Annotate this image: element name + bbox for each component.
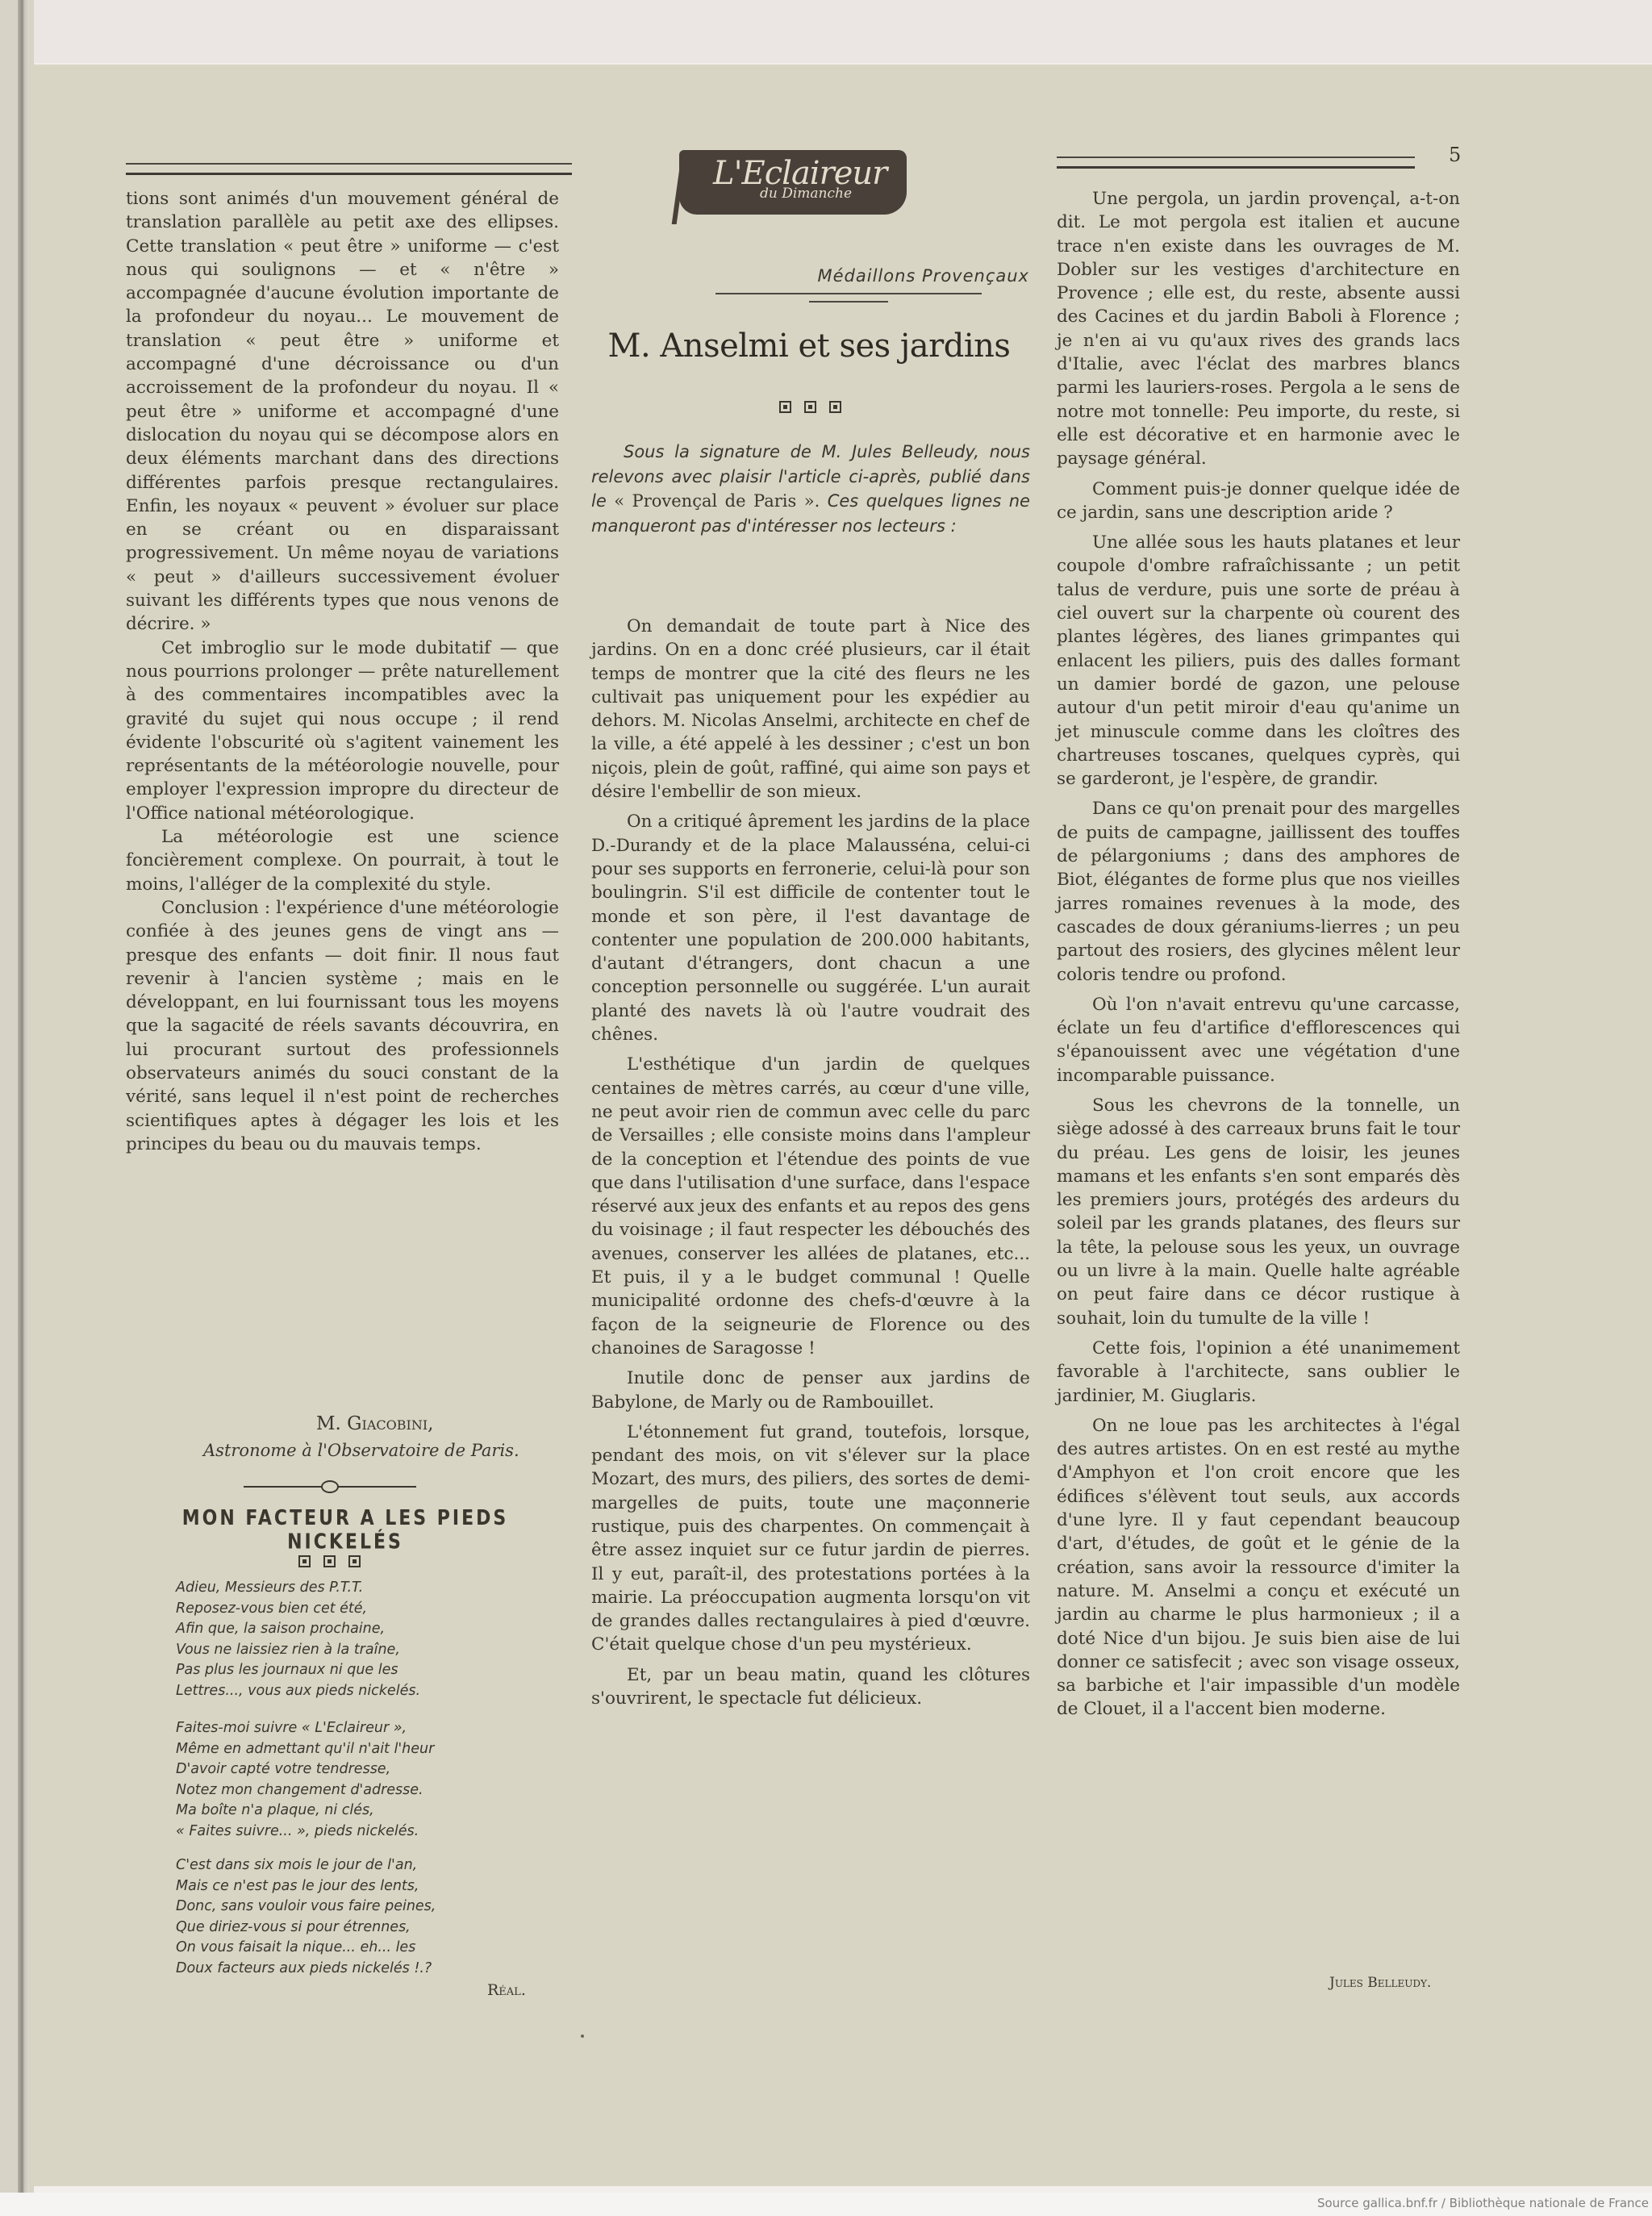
page-number: 5 — [1449, 144, 1461, 166]
headline-ornament-squares — [779, 401, 841, 413]
center-paragraph: Inutile donc de penser aux jardins de Ba… — [591, 1367, 1030, 1414]
poem-line: Pas plus les journaux ni que les — [176, 1660, 515, 1681]
center-paragraph: L'étonnement fut grand, toutefois, lorsq… — [591, 1421, 1030, 1657]
center-paragraph: On a critiqué âprement les jardins de la… — [591, 810, 1030, 1046]
masthead-subtitle: du Dimanche — [760, 186, 852, 202]
poem-line: Faites-moi suivre « L'Eclaireur », — [176, 1718, 515, 1739]
header-rule-left — [126, 163, 572, 175]
poem-line: D'avoir capté votre tendresse, — [176, 1759, 515, 1780]
flourish-icon — [321, 1480, 339, 1493]
print-speck — [581, 2034, 584, 2038]
author-affiliation: Astronome à l'Observatoire de Paris. — [203, 1441, 519, 1460]
right-paragraph: Où l'on n'avait entrevu qu'une carcasse,… — [1057, 993, 1460, 1087]
poem-line: Notez mon changement d'adresse. — [176, 1780, 515, 1801]
poem-stanza-3: C'est dans six mois le jour de l'an, Mai… — [176, 1855, 515, 1980]
poem-line: Adieu, Messieurs des P.T.T. — [176, 1578, 515, 1599]
right-paragraph: Une allée sous les hauts platanes et leu… — [1057, 531, 1460, 791]
left-paragraph: Conclusion : l'expérience d'une météorol… — [126, 896, 559, 1156]
left-paragraph: tions sont animés d'un mouvement général… — [126, 187, 559, 636]
square-ornament-icon — [323, 1555, 336, 1567]
article-intro: Sous la signature de M. Jules Belleudy, … — [591, 440, 1030, 538]
section-divider-ornament — [244, 1482, 416, 1492]
masthead-logo: L'Eclaireur du Dimanche — [679, 150, 907, 224]
poem-stanza-1: Adieu, Messieurs des P.T.T. Reposez-vous… — [176, 1578, 515, 1702]
square-ornament-icon — [779, 401, 791, 413]
poem-line: Doux facteurs aux pieds nickelés !.? — [176, 1959, 515, 1980]
left-paragraph: La météorologie est une science foncière… — [126, 825, 559, 896]
right-paragraph: Dans ce qu'on prenait pour des margelles… — [1057, 797, 1460, 986]
poem-line: Ma boîte n'a plaque, ni clés, — [176, 1801, 515, 1822]
poem-line: Afin que, la saison prochaine, — [176, 1619, 515, 1640]
square-ornament-icon — [348, 1555, 361, 1567]
poem-line: On vous faisait la nique... eh... les — [176, 1938, 515, 1959]
source-credit-link[interactable]: Source gallica.bnf.fr / Bibliothèque nat… — [1317, 2196, 1649, 2210]
center-paragraph: L'esthétique d'un jardin de quelques cen… — [591, 1053, 1030, 1360]
right-paragraph: Sous les chevrons de la tonnelle, un siè… — [1057, 1094, 1460, 1330]
right-paragraph: Cette fois, l'opinion a été unanimement … — [1057, 1337, 1460, 1408]
poem-line: Même en admettant qu'il n'ait l'heur — [176, 1739, 515, 1760]
section-label: Médaillons Provençaux — [715, 266, 1029, 286]
right-column: Une pergola, un jardin provençal, a-t-on… — [1057, 187, 1460, 1721]
square-ornament-icon — [804, 401, 816, 413]
square-ornament-icon — [829, 401, 841, 413]
right-paragraph: Comment puis-je donner quelque idée de c… — [1057, 478, 1460, 525]
header-rule-right — [1057, 156, 1415, 169]
poem-author: Réal. — [487, 1981, 526, 1999]
center-paragraph: Et, par un beau matin, quand les clôture… — [591, 1663, 1030, 1711]
poem-ornament-squares — [298, 1555, 361, 1567]
poem-line: « Faites suivre... », pieds nickelés. — [176, 1822, 515, 1842]
center-column: On demandait de toute part à Nice des ja… — [591, 615, 1030, 1710]
right-paragraph: Une pergola, un jardin provençal, a-t-on… — [1057, 187, 1460, 471]
poem-line: C'est dans six mois le jour de l'an, — [176, 1855, 515, 1876]
intro-quoted-source: « Provençal de Paris ». — [614, 491, 820, 511]
poem-line: Que diriez-vous si pour étrennes, — [176, 1918, 515, 1938]
square-ornament-icon — [298, 1555, 311, 1567]
viewer-top-strip — [0, 0, 1652, 63]
page-binding-edge — [0, 0, 34, 2194]
right-paragraph: On ne loue pas les architectes à l'égal … — [1057, 1414, 1460, 1721]
center-paragraph: On demandait de toute part à Nice des ja… — [591, 615, 1030, 803]
poem-line: Lettres..., vous aux pieds nickelés. — [176, 1681, 515, 1702]
poem-line: Vous ne laissiez rien à la traîne, — [176, 1640, 515, 1661]
poem-line: Donc, sans vouloir vous faire peines, — [176, 1897, 515, 1918]
poem-line: Mais ce n'est pas le jour des lents, — [176, 1876, 515, 1897]
poem-stanza-2: Faites-moi suivre « L'Eclaireur », Même … — [176, 1718, 515, 1842]
poem-line: Reposez-vous bien cet été, — [176, 1599, 515, 1620]
section-rule — [715, 293, 982, 294]
binding-shadow — [18, 0, 29, 2194]
left-column: tions sont animés d'un mouvement général… — [126, 187, 559, 1156]
article-headline: M. Anselmi et ses jardins — [587, 328, 1031, 365]
author-signature-belleudy: Jules Belleudy. — [1329, 1975, 1431, 1991]
left-paragraph: Cet imbroglio sur le mode dubitatif — qu… — [126, 636, 559, 825]
poem-title: MON FACTEUR A LES PIEDS NICKELÉS — [136, 1507, 555, 1555]
author-signature-giacobini: M. Giacobini, — [316, 1413, 434, 1434]
section-rule-short — [809, 301, 888, 303]
